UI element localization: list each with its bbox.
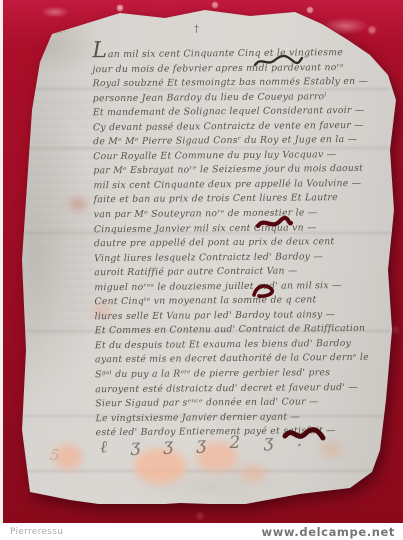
manuscript-line: Royal soubzné Et tesmoingtz bas nommés E… <box>93 75 377 92</box>
manuscript-line: ayant esté mis en decret dauthorité de l… <box>95 351 379 368</box>
manuscript-line: miguel noʳᵉˢ le douziesme juillet aud' a… <box>94 279 378 296</box>
scan-edge <box>0 0 3 523</box>
manuscript-line: auroyent esté distraictz dud' decret et … <box>95 380 379 397</box>
pencil-annotation-price: 2,5ı. <box>51 26 70 36</box>
ink-flourish <box>252 52 304 72</box>
delcampe-watermark: www.delcampe.net <box>261 525 395 539</box>
ink-blot <box>256 215 294 233</box>
manuscript-paper-wrap: 1657 2,5ı. 5 † Lan mil six cent Cinquant… <box>18 6 398 504</box>
stain <box>70 198 86 210</box>
ink-blot <box>251 282 277 300</box>
manuscript-text: Lan mil six cent Cinquante Cinq et le vi… <box>92 42 379 441</box>
ink-blot <box>282 423 326 445</box>
cross-mark: † <box>194 24 199 35</box>
pencil-annotation-year: 1657 <box>46 15 67 26</box>
listing-photo: 1657 2,5ı. 5 † Lan mil six cent Cinquant… <box>0 0 403 540</box>
manuscript-line: faite et ban au prix de trois Cent liure… <box>94 191 378 208</box>
manuscript-line: Lan mil six cent Cinquante Cinq et le vi… <box>92 42 376 63</box>
footer-bar: Pierreressu www.delcampe.net <box>0 523 403 540</box>
seller-watermark: Pierreressu <box>10 527 63 537</box>
stain <box>240 464 266 482</box>
manuscript-paper: 1657 2,5ı. 5 † Lan mil six cent Cinquant… <box>18 6 398 504</box>
pencil-page-number: 5 <box>49 446 60 465</box>
